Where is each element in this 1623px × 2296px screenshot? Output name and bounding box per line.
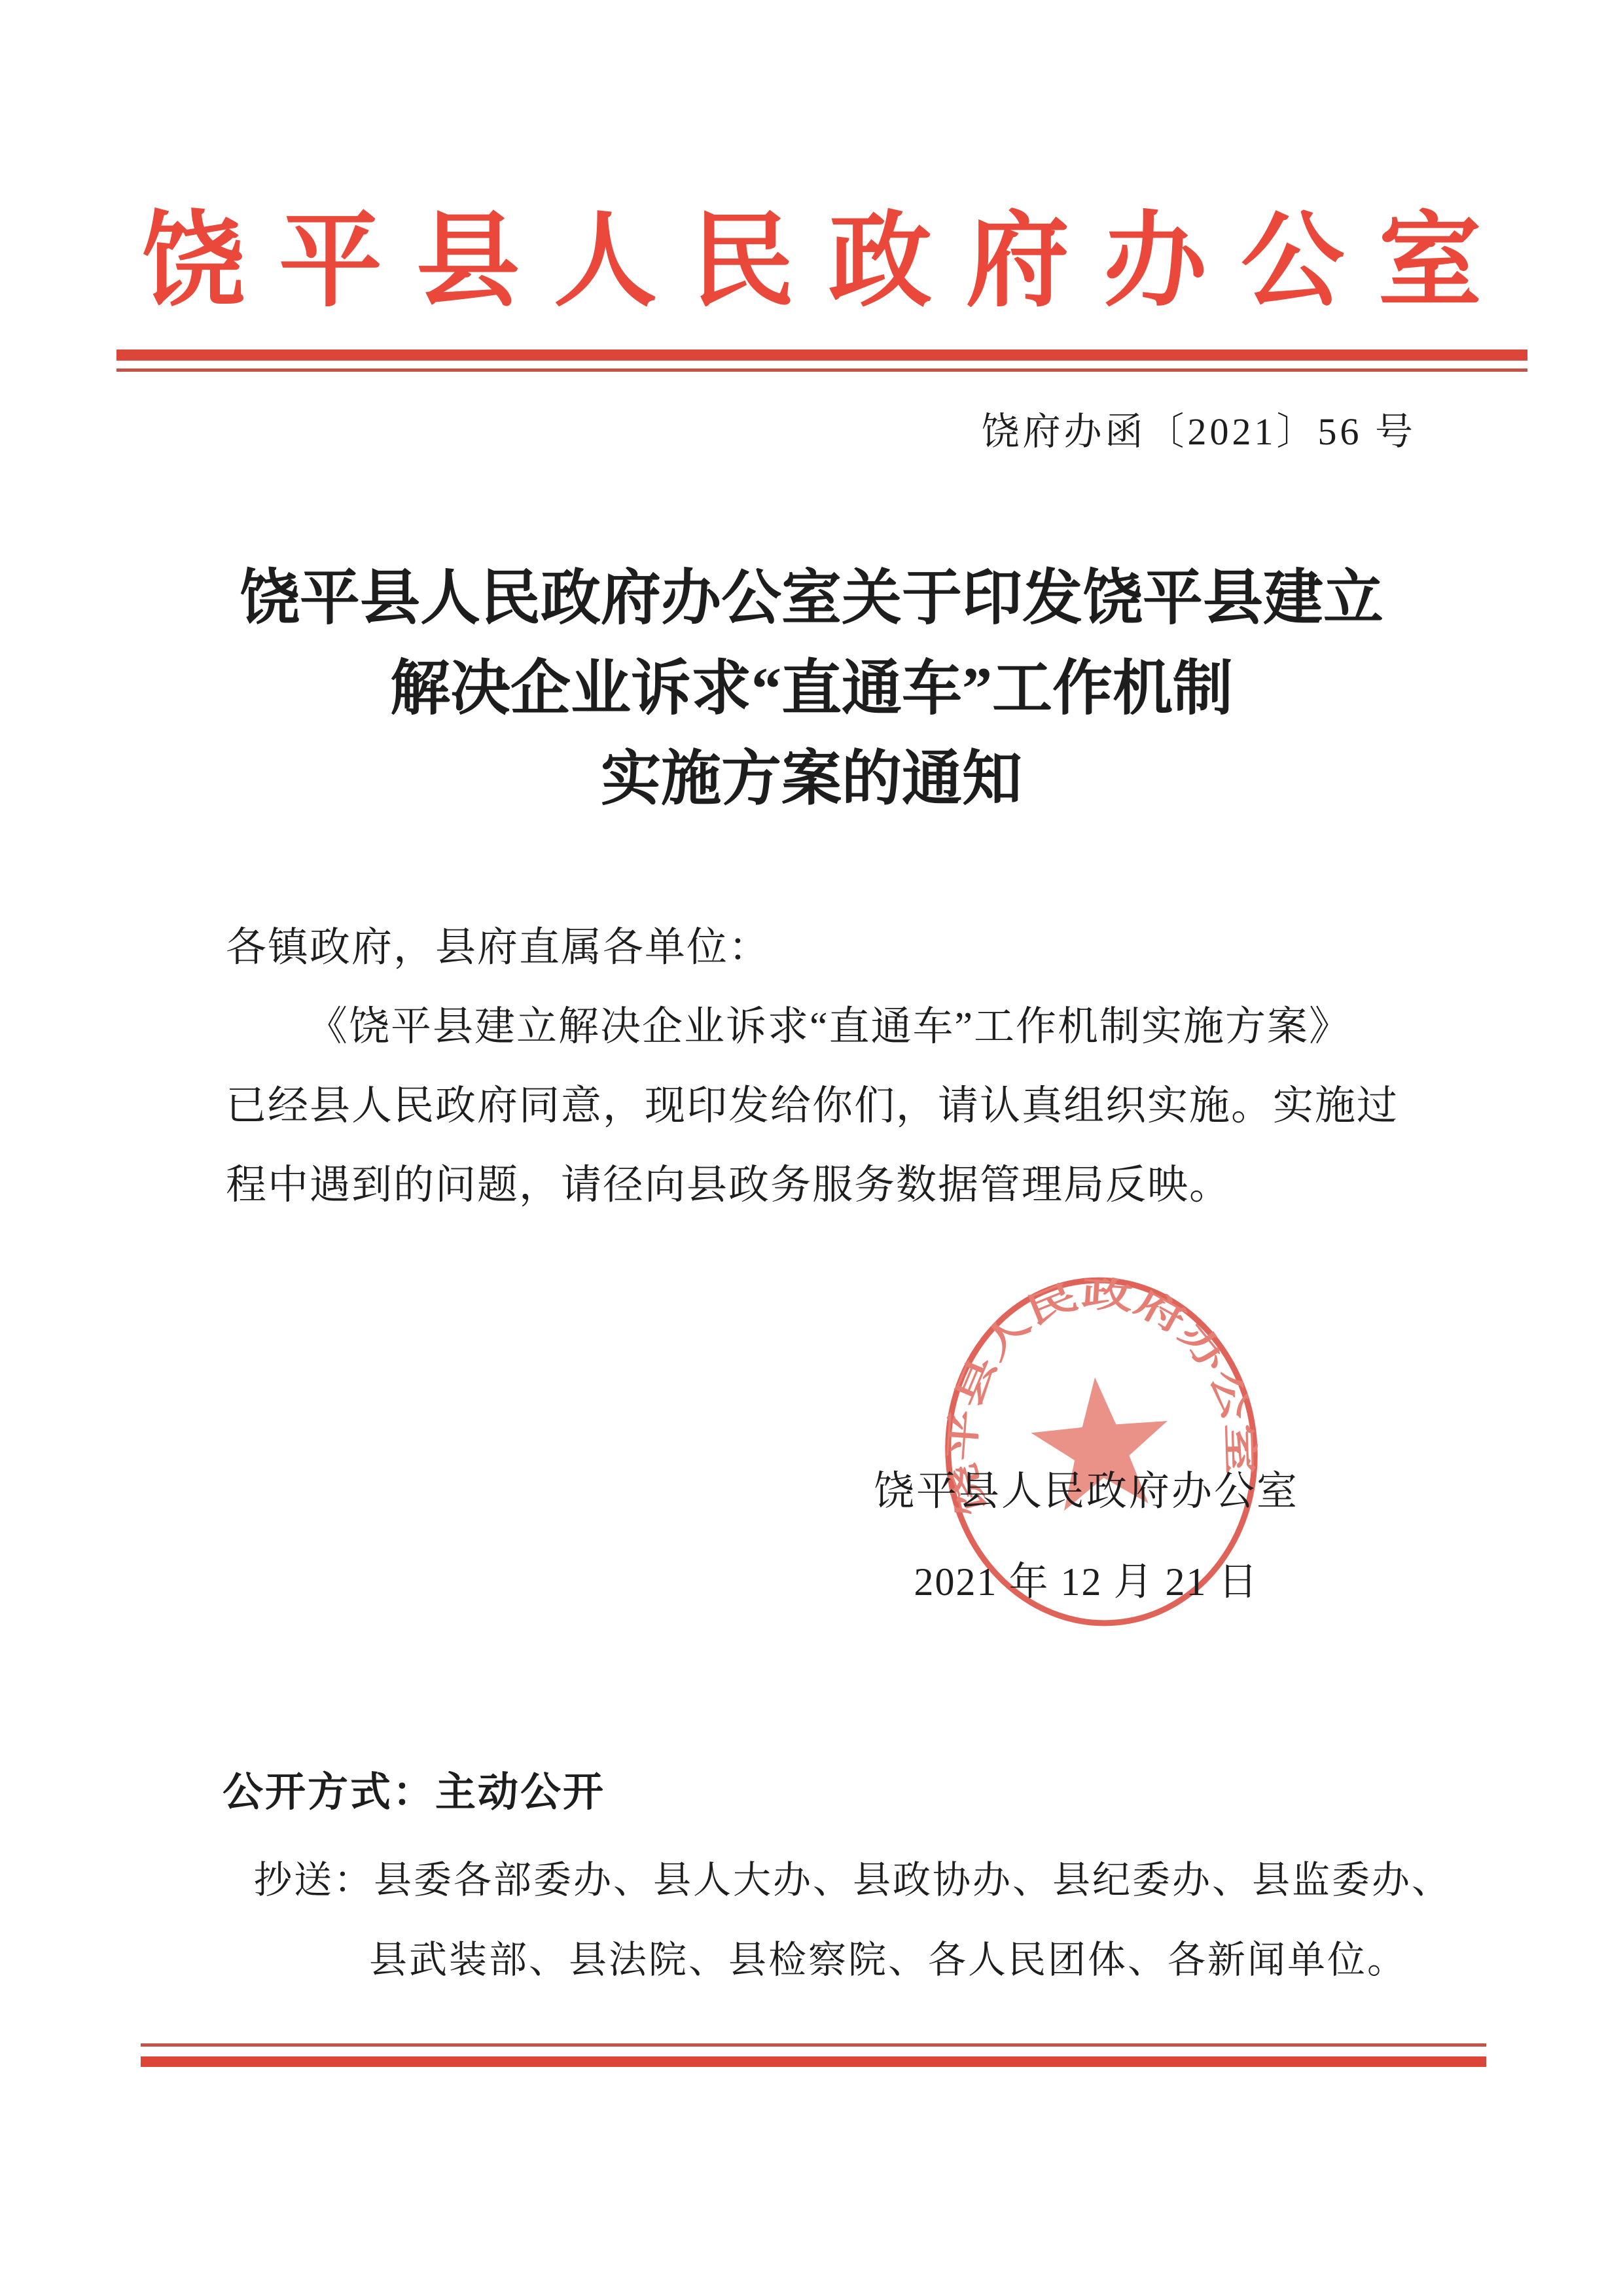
agency-letterhead: 饶平县人民政府办公室 xyxy=(0,178,1623,327)
footer-rule-thin xyxy=(141,2043,1486,2047)
publicity-method: 公开方式：主动公开 xyxy=(223,1759,605,1818)
body-line-3: 程中遇到的问题，请径向县政务服务数据管理局反映。 xyxy=(226,1146,1469,1225)
salutation: 各镇政府，县府直属各单位： xyxy=(226,908,1469,988)
body-text: 各镇政府，县府直属各单位： 《饶平县建立解决企业诉求“直通车”工作机制实施方案》… xyxy=(226,908,1469,1225)
document-number: 饶府办函〔2021〕56 号 xyxy=(981,401,1416,456)
title-line-2: 解决企业诉求“直通车”工作机制 xyxy=(0,643,1623,734)
signing-date: 2021 年 12 月 21 日 xyxy=(844,1551,1329,1607)
signature-block: 饶平县人民政府办公室 2021 年 12 月 21 日 xyxy=(844,1458,1329,1607)
body-line-2: 已经县人民政府同意，现印发给你们，请认真组织实施。实施过 xyxy=(226,1067,1469,1146)
document-title: 饶平县人民政府办公室关于印发饶平县建立 解决企业诉求“直通车”工作机制 实施方案… xyxy=(0,553,1623,824)
title-line-3: 实施方案的通知 xyxy=(0,734,1623,824)
cc-list: 抄送：县委各部委办、县人大办、县政协办、县纪委办、县监委办、 县武装部、县法院、… xyxy=(254,1840,1452,2000)
cc-line-1: 抄送：县委各部委办、县人大办、县政协办、县纪委办、县监委办、 xyxy=(254,1840,1452,1920)
official-notice-page: 饶平县人民政府办公室 饶府办函〔2021〕56 号 饶平县人民政府办公室关于印发… xyxy=(0,0,1623,2296)
signing-organization: 饶平县人民政府办公室 xyxy=(844,1458,1329,1516)
footer-rule-thick xyxy=(141,2056,1486,2067)
header-rule-thick xyxy=(116,350,1527,361)
cc-line-2: 县武装部、县法院、县检察院、各人民团体、各新闻单位。 xyxy=(254,1920,1452,2000)
header-rule-thin xyxy=(116,368,1527,372)
title-line-1: 饶平县人民政府办公室关于印发饶平县建立 xyxy=(0,553,1623,643)
body-line-1: 《饶平县建立解决企业诉求“直通车”工作机制实施方案》 xyxy=(226,988,1469,1067)
